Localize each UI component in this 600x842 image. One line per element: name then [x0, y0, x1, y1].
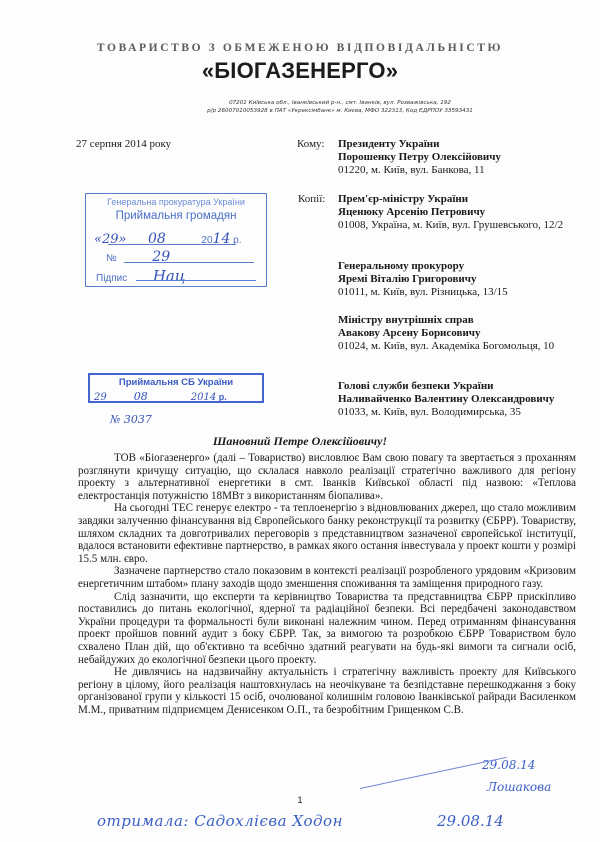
letterhead-address: 07201 Київська обл., Іванківський р-н., … [40, 100, 600, 106]
recipient-address: 01220, м. Київ, вул. Банкова, 11 [338, 164, 598, 177]
sbu-stamp-month: 08 [134, 390, 148, 403]
page-number: 1 [0, 795, 600, 805]
copy-recipient-sbu: Голові служби безпеки України Наливайчен… [338, 380, 598, 419]
sbu-stamp-year-unit: р. [219, 392, 227, 402]
sbu-stamp-year: 2014 [191, 392, 216, 403]
handwritten-signature-right: Лошакова [487, 780, 551, 794]
handwritten-date-bottom: 29.08.14 [437, 812, 504, 830]
stamp-signature-row: Підпис Нац [96, 267, 185, 285]
copy-title: Генеральному прокурору [338, 260, 598, 273]
sbu-reception-stamp: Приймальня СБ України 29 08 2014 р. [88, 373, 264, 403]
prosecutor-reception-stamp: Генеральна прокуратура України Приймальн… [85, 193, 267, 287]
copy-name: Авакову Арсену Борисовичу [338, 327, 598, 340]
salutation: Шановний Петре Олексійовичу! [0, 434, 600, 449]
copy-name: Наливайченко Валентину Олександровичу [338, 393, 598, 406]
sbu-stamp-title: Приймальня СБ України [90, 377, 262, 388]
recipient-title: Президенту України [338, 138, 598, 151]
letterhead-org-type: ТОВАРИСТВО З ОБМЕЖЕНОЮ ВІДПОВІДАЛЬНІСТЮ [0, 42, 600, 54]
registration-number: № 3037 [110, 413, 152, 426]
body-paragraph: Не дивлячись на надзвичайну актуальність… [78, 666, 576, 716]
recipient-block: Президенту України Порошенку Петру Олекс… [338, 138, 598, 177]
letter-page: ТОВАРИСТВО З ОБМЕЖЕНОЮ ВІДПОВІДАЛЬНІСТЮ … [0, 0, 600, 842]
stamp-signature: Нац [153, 267, 186, 285]
letter-body: ТОВ «Біогазенерго» (далі – Товариство) в… [78, 452, 576, 716]
stamp-org: Генеральна прокуратура України [86, 197, 266, 207]
handwritten-received-note: отримала: Садохлієва Ходон [97, 812, 343, 830]
stamp-dept: Приймальня громадян [86, 210, 266, 222]
copy-address: 01008, Україна, м. Київ, вул. Грушевсько… [338, 219, 598, 232]
to-label: Кому: [297, 138, 324, 150]
letter-date: 27 серпня 2014 року [76, 138, 171, 150]
copy-address: 01011, м. Київ, вул. Різницька, 13/15 [338, 286, 598, 299]
body-paragraph: На сьогодні ТЕС генерує електро - та теп… [78, 502, 576, 565]
sbu-stamp-date: 29 08 2014 р. [94, 390, 262, 403]
stamp-number-label: № [106, 253, 117, 264]
body-paragraph: ТОВ «Біогазенерго» (далі – Товариство) в… [78, 452, 576, 502]
copy-recipient-prosecutor: Генеральному прокурору Яремі Віталію Гри… [338, 260, 598, 299]
copies-label: Копії: [298, 193, 325, 205]
copy-name: Яремі Віталію Григоровичу [338, 273, 598, 286]
copy-recipient-pm: Прем'єр-міністру України Яценюку Арсенію… [338, 193, 598, 232]
body-paragraph: Зазначене партнерство стало показовим в … [78, 565, 576, 590]
copy-name: Яценюку Арсенію Петровичу [338, 206, 598, 219]
letterhead-company-name: «БІОГАЗЕНЕРГО» [0, 58, 600, 84]
body-paragraph: Слід зазначити, що експерти та керівницт… [78, 591, 576, 667]
sbu-stamp-day: 29 [94, 392, 107, 403]
stamp-signature-label: Підпис [96, 273, 127, 284]
copy-title: Голові служби безпеки України [338, 380, 598, 393]
copy-address: 01033, м. Київ, вул. Володимирська, 35 [338, 406, 598, 419]
signature-stroke [360, 757, 507, 789]
copy-address: 01024, м. Київ, вул. Академіка Богомольц… [338, 340, 598, 353]
copy-title: Міністру внутрішніх справ [338, 314, 598, 327]
copy-title: Прем'єр-міністру України [338, 193, 598, 206]
copy-recipient-interior: Міністру внутрішніх справ Авакову Арсену… [338, 314, 598, 353]
letterhead-bank-details: р/р 26007010053928 в ПАТ «Укрексімбанк» … [40, 108, 600, 114]
recipient-name: Порошенку Петру Олексійовичу [338, 151, 598, 164]
